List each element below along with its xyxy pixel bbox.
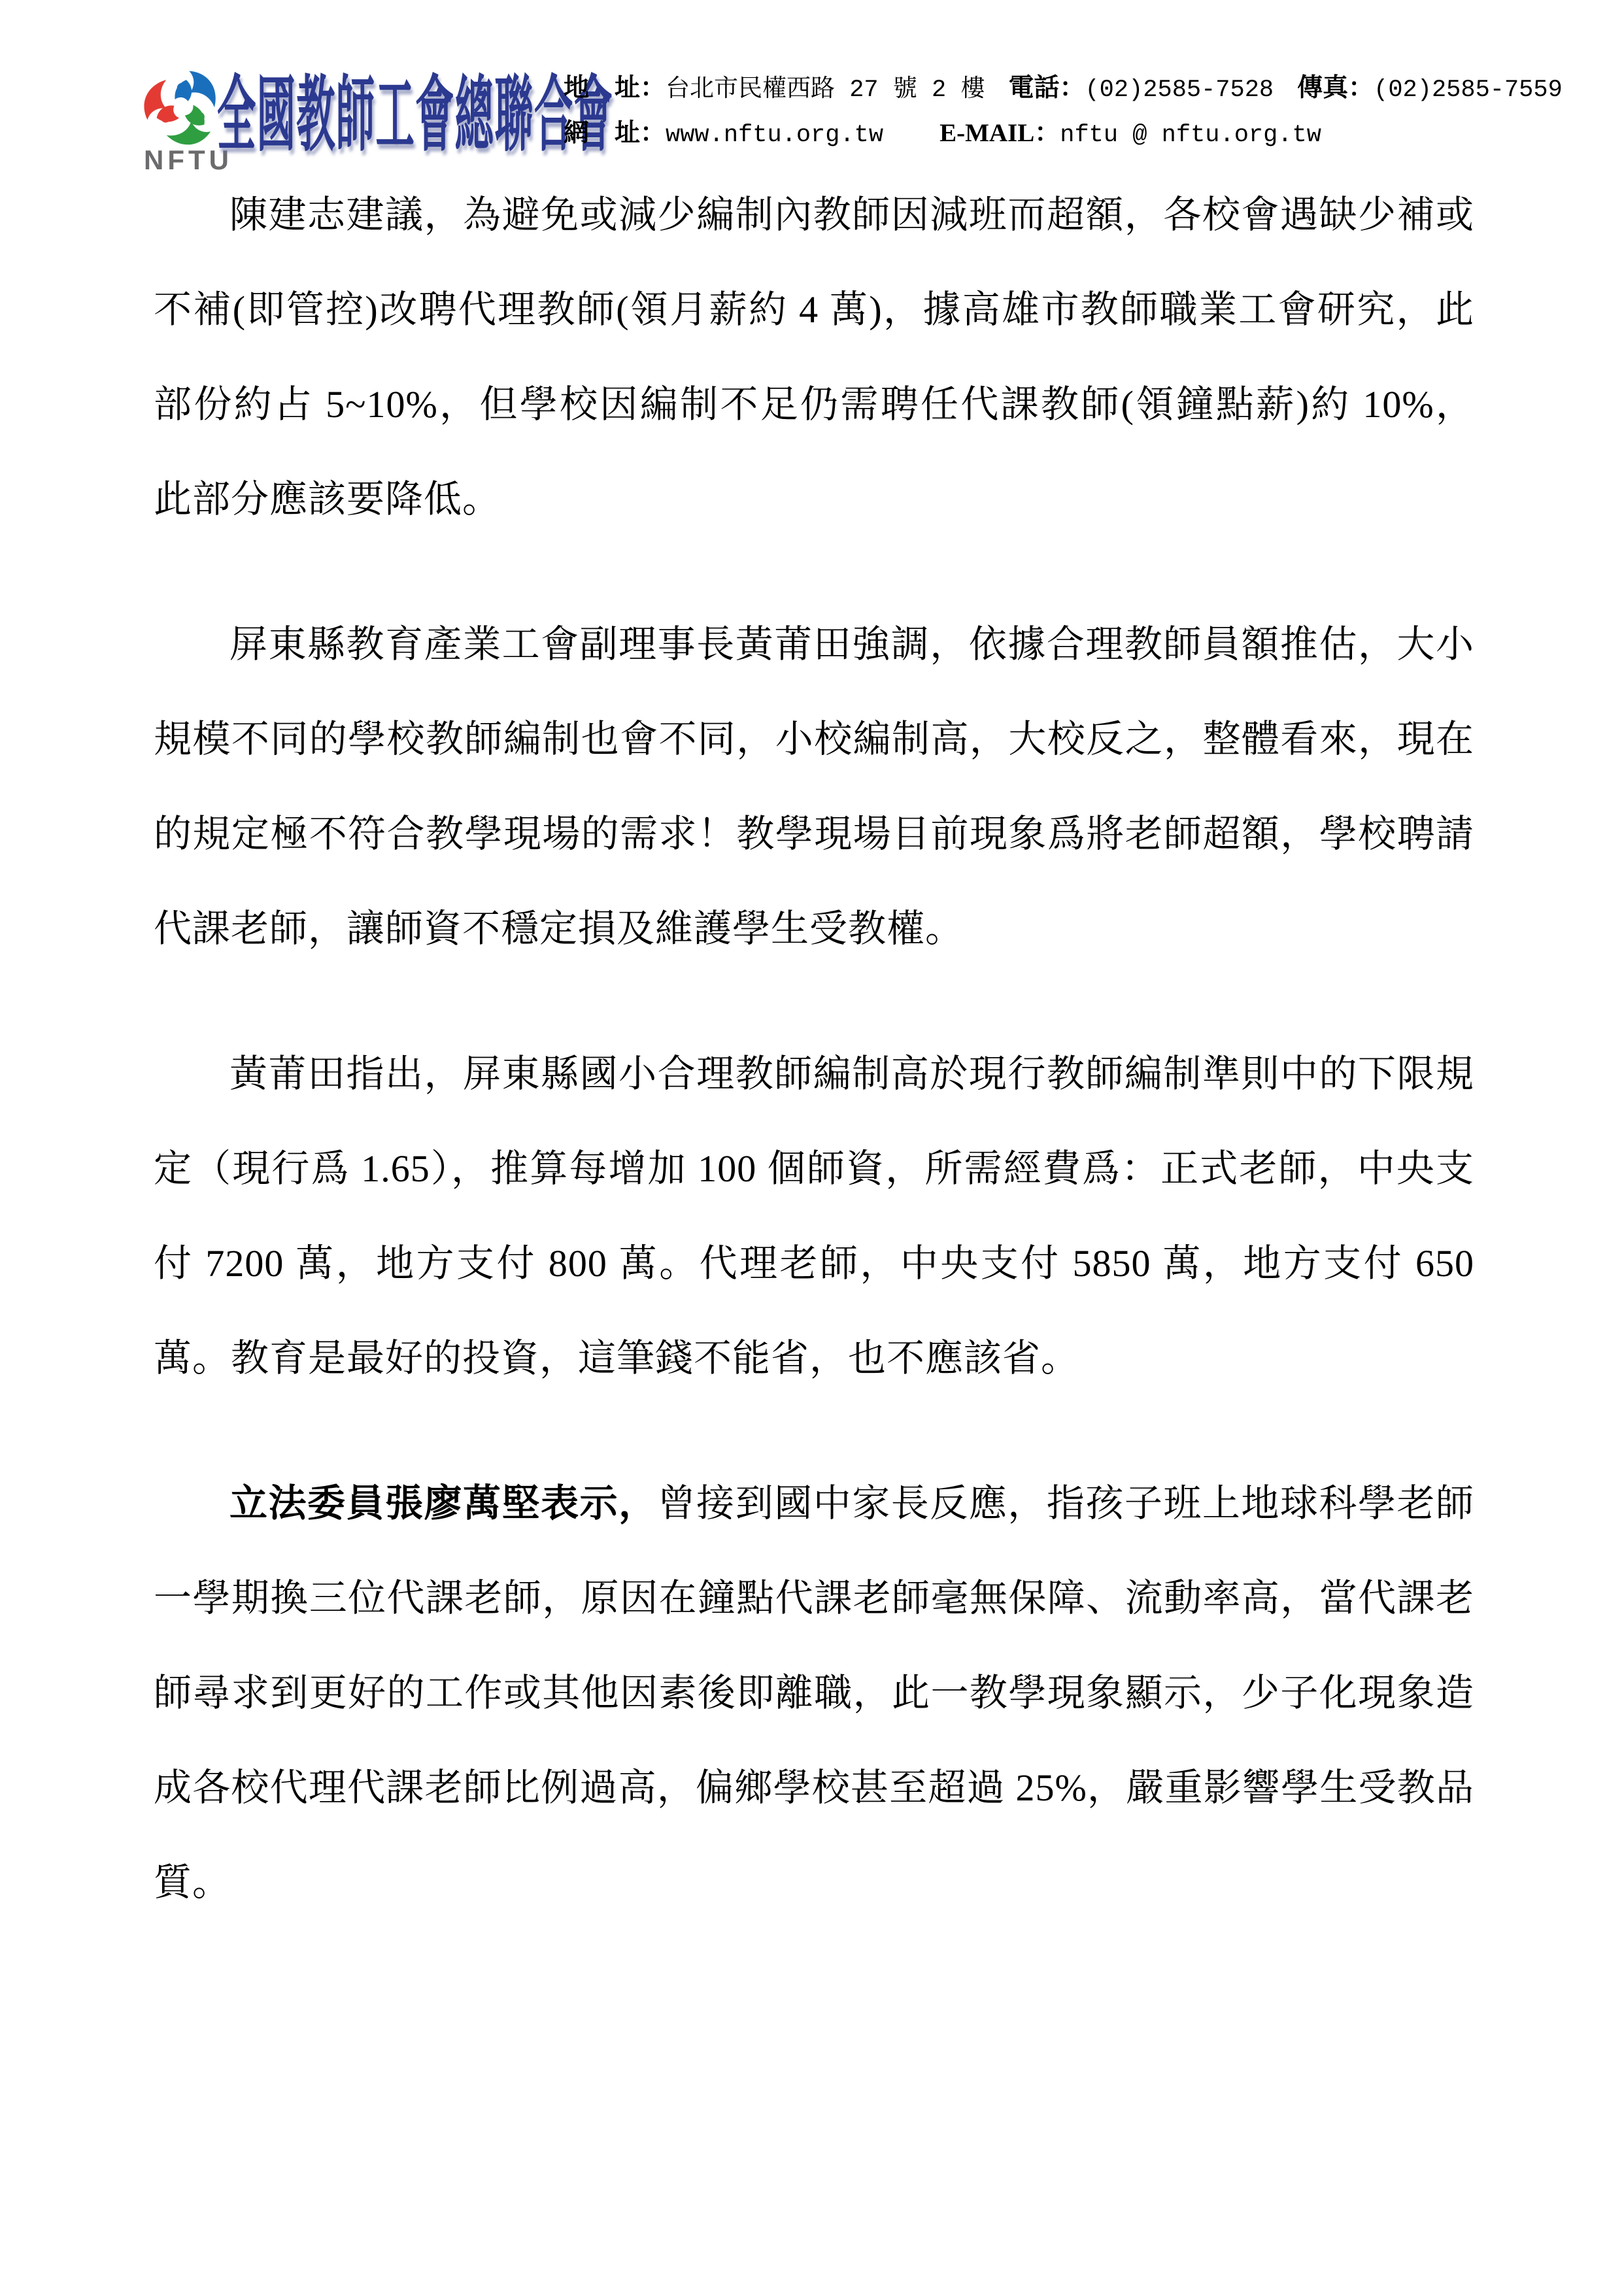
document-body: 陳建志建議，為避免或減少編制內教師因減班而超額，各校會遇缺少補或不補(即管控)改… [154, 167, 1474, 1930]
website-label: 網 址： [564, 119, 666, 147]
contact-line-2: 網 址：www.nftu.org.twE-MAIL：nftu @ nftu.or… [564, 112, 1563, 157]
email-label: E-MAIL： [939, 119, 1060, 147]
contact-line-1: 地 址：台北市民權西路 27 號 2 樓電話：(02)2585-7528傳真：(… [564, 67, 1563, 112]
paragraph-2-text: 屏東縣教育產業工會副理事長黃莆田強調，依據合理教師員額推估，大小規模不同的學校教… [154, 623, 1474, 950]
paragraph-4: 立法委員張廖萬堅表示，曾接到國中家長反應，指孩子班上地球科學老師一學期換三位代課… [154, 1456, 1474, 1930]
paragraph-4-lead: 立法委員張廖萬堅表示， [229, 1482, 658, 1525]
fax-label: 傳真： [1297, 74, 1374, 102]
website-value: www.nftu.org.tw [666, 122, 883, 149]
phone-label: 電話： [1008, 74, 1085, 102]
paragraph-2: 屏東縣教育產業工會副理事長黃莆田強調，依據合理教師員額推估，大小規模不同的學校教… [154, 597, 1474, 976]
letterhead: NFTU 全國教師工會總聯合會 地 址：台北市民權西路 27 號 2 樓電話：(… [0, 0, 1624, 183]
contact-block: 地 址：台北市民權西路 27 號 2 樓電話：(02)2585-7528傳真：(… [564, 67, 1563, 157]
nftu-logo-icon [144, 58, 221, 154]
org-name: 全國教師工會總聯合會 [217, 64, 613, 169]
paragraph-1-text: 陳建志建議，為避免或減少編制內教師因減班而超額，各校會遇缺少補或不補(即管控)改… [154, 194, 1474, 520]
fax-value: (02)2585-7559 [1374, 76, 1563, 104]
address-value: 台北市民權西路 27 號 2 樓 [666, 76, 985, 104]
paragraph-3: 黃莆田指出，屏東縣國小合理教師編制高於現行教師編制準則中的下限規定（現行爲 1.… [154, 1026, 1474, 1406]
paragraph-1: 陳建志建議，為避免或減少編制內教師因減班而超額，各校會遇缺少補或不補(即管控)改… [154, 167, 1474, 547]
paragraph-3-text: 黃莆田指出，屏東縣國小合理教師編制高於現行教師編制準則中的下限規定（現行爲 1.… [154, 1053, 1474, 1379]
email-value: nftu @ nftu.org.tw [1060, 122, 1321, 149]
phone-value: (02)2585-7528 [1085, 76, 1274, 104]
address-label: 地 址： [564, 74, 666, 102]
document-page: NFTU 全國教師工會總聯合會 地 址：台北市民權西路 27 號 2 樓電話：(… [0, 0, 1624, 2294]
paragraph-4-text: 曾接到國中家長反應，指孩子班上地球科學老師一學期換三位代課老師，原因在鐘點代課老… [154, 1482, 1474, 1904]
